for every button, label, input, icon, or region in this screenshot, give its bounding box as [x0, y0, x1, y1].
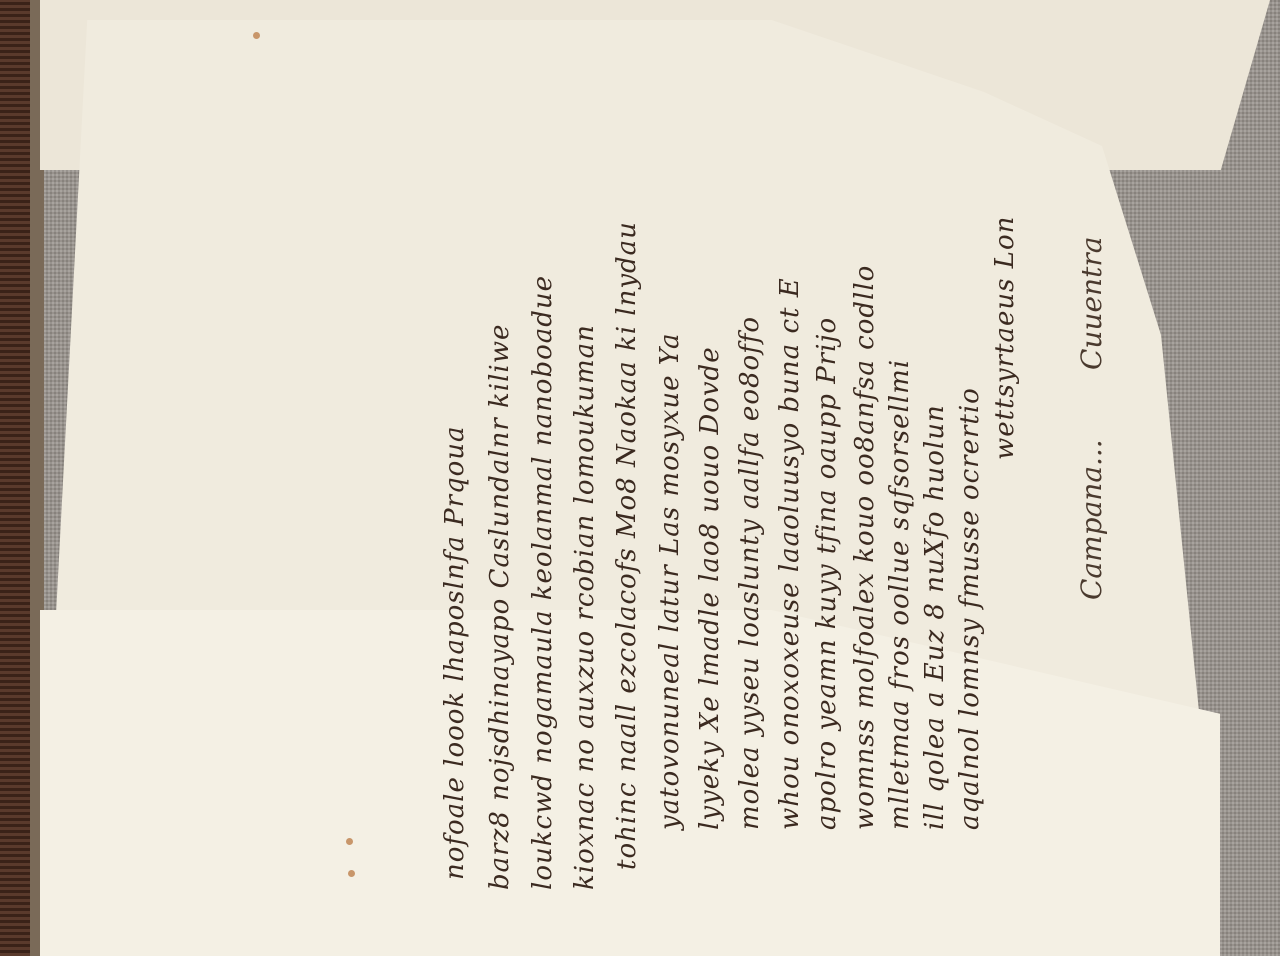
manuscript-line: womnss molfoalex kouo oo8anfsa codllo [850, 265, 880, 830]
manuscript-line: nofoale loook lhaposlnfa Prqoua [440, 425, 470, 880]
manuscript-subheading: Campana... [1075, 439, 1108, 600]
manuscript-heading: Cuuentra [1075, 237, 1108, 370]
manuscript-line: apolro yeamn kuyy tfina oaupp Prijo [812, 317, 842, 830]
paper-stain [253, 32, 260, 39]
manuscript-line: kioxnac no auxzuo rcobian lomoukuman [570, 324, 600, 890]
manuscript-line: ill qolea a Euz 8 nuXfo huolun [920, 404, 950, 830]
manuscript-line: whou onoxoxeuse laaoluusyo buna ct E [775, 277, 805, 830]
manuscript-line: aqalnol lomnsy fmusse ocrertio [955, 387, 985, 830]
manuscript-line: barz8 nojsdhinayapo Caslundalnr kiliwe [485, 324, 515, 890]
manuscript-line: tohinc naall ezcolacofs Mo8 Naokaa ki ln… [612, 221, 642, 870]
manuscript-line: molea yyseu loaslunty aallfa eo8offo [735, 316, 765, 830]
paper-stain [348, 870, 355, 877]
manuscript-line: yatovonuneal latur Las mosyxue Ya [655, 333, 685, 830]
manuscript-line: mlletmaa fros oollue sqfsorsellmi [885, 359, 915, 830]
manuscript-line: lyyeky Xe lmadle lao8 uouo Dovde [695, 346, 725, 830]
manuscript-line: wettsyrtaeus Lon [990, 216, 1020, 460]
manuscript-line: loukcwd nogamaula keolanmal nanoboadue [528, 275, 558, 890]
paper-stain [346, 838, 353, 845]
